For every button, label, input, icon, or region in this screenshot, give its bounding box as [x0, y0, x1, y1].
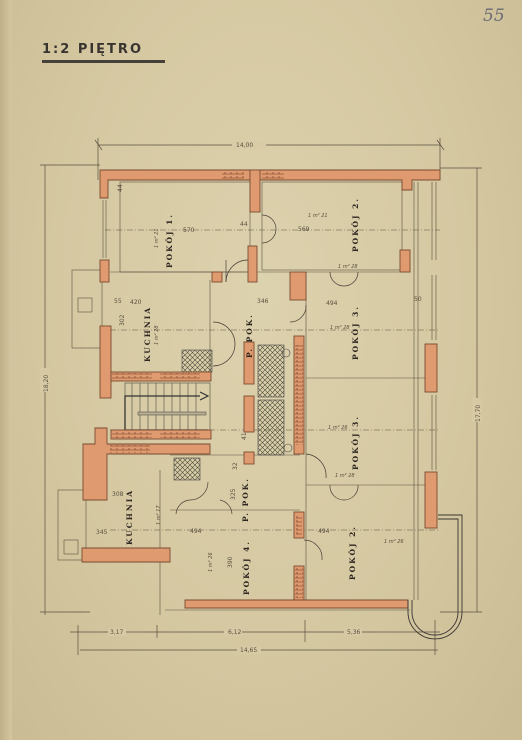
room-label-przedpokoj-upper: P. POK. [245, 313, 254, 358]
dim-misc-6: 32 [232, 462, 239, 470]
dim-misc-5: 41 [241, 432, 248, 440]
room-label-pokoj-2-lower: POKÓJ 2. [348, 525, 357, 580]
room-label-przedpokoj-lower: P. POK. [241, 477, 250, 522]
dim-kuchnia-width: 420 [130, 299, 142, 306]
room-label-pokoj-4: POKÓJ 4. [242, 540, 251, 595]
dim-kuchnia-area: 1 m² 28 [154, 325, 160, 345]
dim-misc-1: 44 [117, 184, 124, 192]
dim-pokoj-4-area: 1 m² 26 [208, 552, 214, 572]
dim-pokoj-2b-width: 494 [318, 528, 330, 535]
dim-misc-2: 55 [114, 298, 122, 305]
staircase [125, 383, 210, 431]
room-label-kuchnia-lower: KUCHNIA [125, 489, 134, 545]
floor-plan: 14,00 18,20 17,70 3,17 6,12 5,36 14,65 [0, 0, 522, 740]
dim-pokoj-3b-area: 1 m² 26 [328, 425, 348, 431]
dim-pokoj-3-area: 1 m² 28 [330, 325, 350, 331]
dim-kuchnia-lower-depth: 345 [96, 529, 108, 536]
dim-pokoj-1-width: 570 [183, 227, 195, 234]
dim-przedpokoj-width: 346 [257, 298, 269, 305]
dim-pokoj-3b-area2: 1 m² 28 [335, 473, 355, 479]
room-label-pokoj-2-upper: POKÓJ 2. [351, 197, 360, 252]
dim-pokoj-4-height: 390 [227, 556, 234, 568]
dimension-right: 17,70 [475, 405, 482, 422]
dim-pokoj-2-height: 1 m² 21 [308, 213, 328, 219]
dim-kuchnia-height: 302 [119, 314, 126, 326]
dimension-bottom-overall: 14,65 [240, 647, 257, 654]
dimension-bottom-3: 5,36 [347, 629, 361, 636]
dim-pokoj-1-height: 1 m² 21 [154, 228, 160, 248]
dim-kuchnia-lower-area: 1 m² 17 [156, 505, 162, 525]
room-label-pokoj-3-lower: POKÓJ 3. [351, 415, 360, 470]
dimension-top: 14,00 [236, 142, 253, 149]
room-label-pokoj-1: POKÓJ 1. [165, 213, 174, 268]
room-label-pokoj-3-upper: POKÓJ 3. [351, 305, 360, 360]
dim-kuchnia-lower-width: 308 [112, 491, 124, 498]
room-label-kuchnia-upper: KUCHNIA [143, 306, 152, 362]
dim-pokoj-3-width: 494 [326, 300, 338, 307]
dim-przedpokoj-area: 1 m² 28 [338, 264, 358, 270]
dimension-left: 18,20 [43, 375, 50, 392]
dim-misc-4: 50 [414, 296, 422, 303]
dimension-bottom-1: 3,17 [110, 629, 124, 636]
dimension-bottom-2: 6,12 [228, 629, 242, 636]
dim-pokoj-4-width: 494 [190, 528, 202, 535]
dim-przedpokoj-lower: 325 [230, 488, 237, 500]
dim-pokoj-2b-area: 1 m² 26 [384, 539, 404, 545]
dim-pokoj-2-width: 569 [298, 226, 310, 233]
dim-misc-3: 44 [240, 221, 248, 228]
